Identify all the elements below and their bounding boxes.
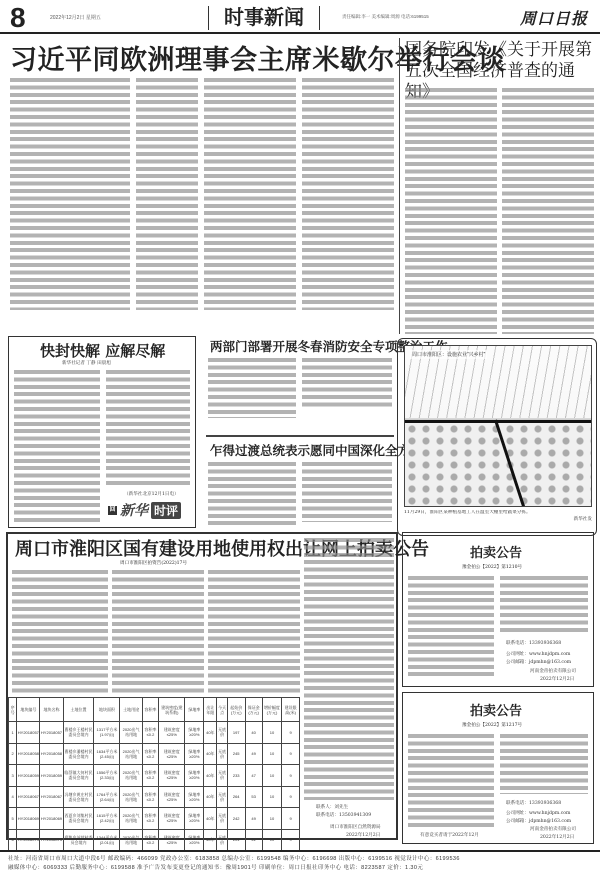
table-cell: HY2018057: [17, 722, 40, 744]
table-cell: 容积率≤0.2: [142, 765, 159, 787]
issue-date: 2022年12月2日 星期五: [50, 14, 101, 21]
land-auction-notice-no: 周口市淮阳区拍资告(2022)17号: [120, 560, 187, 566]
table-cell: 1: [9, 722, 17, 744]
lead-body-col2: [136, 78, 198, 310]
auction-ad-2-body-col2: [500, 734, 588, 794]
table-cell: HY2018069: [17, 808, 40, 830]
table-cell: 4: [9, 786, 17, 808]
commentary-signoff: （新华社北京12月1日电）: [124, 491, 179, 497]
table-cell: 9: [282, 808, 300, 830]
table-cell: HY2018057: [40, 722, 63, 744]
table-cell: 3: [9, 765, 17, 787]
table-cell: 容积率≤0.2: [142, 829, 159, 851]
table-cell: 2020出气站用地: [120, 808, 142, 830]
xinhua-logo-icon: 回: [108, 506, 117, 515]
lead-body-col3: [204, 78, 296, 310]
auction-ad-2-company: 河南金帝拍卖有限公司: [530, 826, 576, 832]
table-cell: 曹楼乡潘楼村民委员会境内: [63, 743, 94, 765]
photo-caption: 11月29日，淮阳区某种植基地工人在温室大棚里给蔬菜分拣。 新华社发: [404, 510, 592, 534]
footer-contact-line: 融媒体中心：6069333 后勤服务中心：6199588 准予广告发布变更登记的…: [8, 864, 592, 873]
land-auction-body-col4: [304, 538, 394, 800]
table-cell: 2020出气站用地: [120, 829, 142, 851]
table-cell: 绿地率≥20%: [185, 786, 204, 808]
auction-ad-2-notice-no: 豫金拍公【2022】第1217号: [462, 722, 522, 728]
table-cell: 40年: [204, 808, 217, 830]
fire-safety-body-col1: [208, 358, 296, 418]
table-cell: 40年: [204, 829, 217, 851]
table-cell: 1556平方米(2.33亩): [94, 765, 120, 787]
lead-body-col1: 12月1日上午，国家主席习近平在人民大会堂同欧洲理事会主席米歇尔举行会谈。: [10, 78, 130, 310]
newspaper-logo: 周口日报: [520, 6, 588, 29]
auction-date: 2022年12月2日: [346, 832, 380, 838]
table-cell: 40: [245, 722, 262, 744]
land-auction-body-col1: [12, 570, 108, 696]
table-cell: 197: [227, 722, 245, 744]
table-cell: 无底价: [217, 722, 228, 744]
page-number: 8: [10, 2, 26, 34]
auction-ad-2-headline[interactable]: 拍卖公告: [470, 700, 522, 719]
table-cell: 无底价: [217, 786, 228, 808]
commentary-byline: 新华社记者 丁静 田晨旭: [62, 360, 111, 366]
table-cell: 10: [262, 765, 281, 787]
table-cell: 6: [9, 829, 17, 851]
census-body-col1: 国务院日前印发《关于开展第五次全国经济普查的通知》（以下简称《通知》），根据《全…: [405, 88, 497, 334]
table-row: 3HY2018059HY2018059临蔡镇大何村民委员会境内1556平方米(2…: [9, 765, 300, 787]
table-cell: 49: [245, 808, 262, 830]
table-cell: 绿地率≥20%: [185, 829, 204, 851]
land-auction-body-col2: [112, 570, 204, 696]
auction-ad-2-phone: 联系电话：13393936368: [506, 800, 561, 806]
auction-ad-1-headline[interactable]: 拍卖公告: [470, 542, 522, 561]
table-cell: 1764平方米(2.64亩): [94, 786, 120, 808]
table-cell: 233: [227, 765, 245, 787]
table-cell: 2020出气站用地: [120, 722, 142, 744]
table-row: 5HY2018069HY2018069西夏乡刘集村民委员会境内1615平方米(2…: [9, 808, 300, 830]
table-cell: 10: [262, 829, 281, 851]
table-row: 1HY2018057HY2018057曹楼乡王楼村民委员会境内1317平方米(1…: [9, 722, 300, 744]
table-cell: HY2018059: [40, 765, 63, 787]
auction-ad-1-date: 2022年12月2日: [540, 676, 574, 682]
table-cell: 10: [262, 743, 281, 765]
table-cell: 建筑密度≤25%: [159, 786, 185, 808]
masthead: 8 2022年12月2日 星期五 时事新闻 责任编辑:李一 美术编辑:周源 电话…: [0, 0, 600, 34]
table-cell: 2020出气站用地: [120, 743, 142, 765]
commentary-body-col1: [14, 370, 100, 522]
editor-credits: 责任编辑:李一 美术编辑:周源 电话:6199515: [342, 14, 429, 20]
table-cell: 西夏乡刘集村民委员会境内: [63, 808, 94, 830]
table-header-row: 序号 地块编号 地块名称 土地位置 地块面积 土地用途 容积率 建筑密度(建筑系…: [9, 698, 300, 722]
table-cell: HY2018073: [40, 829, 63, 851]
table-cell: 40年: [204, 765, 217, 787]
xinhua-commentary-badge: 回 新华 时评: [108, 500, 181, 520]
table-cell: 9: [282, 786, 300, 808]
table-cell: 5: [9, 808, 17, 830]
table-row: 4HY2018067HY2018067冯塘乡黄庄村民委员会境内1764平方米(2…: [9, 786, 300, 808]
land-parcel-table: 序号 地块编号 地块名称 土地位置 地块面积 土地用途 容积率 建筑密度(建筑系…: [8, 697, 300, 851]
table-cell: 建筑密度≤25%: [159, 829, 185, 851]
table-cell: 建筑密度≤25%: [159, 765, 185, 787]
table-cell: 郑集乡苏营村委员会境内: [63, 829, 94, 851]
table-cell: 建筑密度≤25%: [159, 808, 185, 830]
table-cell: 49: [245, 743, 262, 765]
table-cell: 245: [227, 743, 245, 765]
auction-issuer: 周口市淮阳区自然资源局: [330, 824, 381, 830]
table-cell: 10: [262, 722, 281, 744]
table-cell: 201: [227, 829, 245, 851]
section-title: 时事新闻: [208, 6, 320, 30]
table-cell: HY2018067: [40, 786, 63, 808]
table-cell: 41: [245, 829, 262, 851]
footer-address-line: 社址：河南省周口市周口大道中段6号 邮政编码：466099 党政办公室：6183…: [8, 855, 592, 864]
auction-ad-1-body-col2: [500, 576, 588, 632]
table-cell: 容积率≤0.2: [142, 808, 159, 830]
table-cell: 1615平方米(2.42亩): [94, 808, 120, 830]
auction-ad-1-website[interactable]: 公司网址：www.hnjdpm.com: [506, 651, 570, 657]
table-cell: 容积率≤0.2: [142, 786, 159, 808]
table-cell: HY2018058: [40, 743, 63, 765]
table-cell: 40年: [204, 786, 217, 808]
table-cell: 建筑密度≤25%: [159, 722, 185, 744]
table-cell: 容积率≤0.2: [142, 722, 159, 744]
table-cell: 绿地率≥20%: [185, 808, 204, 830]
land-auction-body-col3: [208, 570, 300, 696]
table-cell: 无底价: [217, 765, 228, 787]
table-row: 6HY2018073HY2018073郑集乡苏营村委员会境内1344平方米(2.…: [9, 829, 300, 851]
auction-ad-2-body-col1: [408, 734, 494, 830]
table-cell: 9: [282, 743, 300, 765]
table-cell: 2020出气站用地: [120, 765, 142, 787]
auction-contact: 联系人：刘先生: [316, 804, 348, 810]
table-cell: 无底价: [217, 829, 228, 851]
census-body-col2: [502, 88, 594, 334]
table-cell: 容积率≤0.2: [142, 743, 159, 765]
table-cell: HY2018067: [17, 786, 40, 808]
table-cell: 264: [227, 786, 245, 808]
fire-safety-body-col2: [302, 358, 392, 410]
auction-ad-1-body-col1: [408, 576, 494, 676]
table-cell: 40年: [204, 743, 217, 765]
table-cell: 242: [227, 808, 245, 830]
column-divider: [399, 38, 400, 334]
table-cell: 绿地率≥20%: [185, 765, 204, 787]
table-cell: 无底价: [217, 808, 228, 830]
table-cell: 冯塘乡黄庄村民委员会境内: [63, 786, 94, 808]
auction-ad-1-notice-no: 豫金拍公【2022】第1210号: [462, 564, 522, 570]
table-cell: 9: [282, 722, 300, 744]
table-cell: 曹楼乡王楼村民委员会境内: [63, 722, 94, 744]
table-cell: 10: [262, 808, 281, 830]
table-cell: HY2018059: [17, 765, 40, 787]
table-cell: 47: [245, 765, 262, 787]
table-row: 2HY2018058HY2018058曹楼乡潘楼村民委员会境内1634平方米(2…: [9, 743, 300, 765]
auction-phone: 联系电话：13503941309: [316, 812, 371, 818]
table-cell: 40年: [204, 722, 217, 744]
table-cell: 9: [282, 829, 300, 851]
page-footer: 社址：河南省周口市周口大道中段6号 邮政编码：466099 党政办公室：6183…: [0, 850, 600, 883]
chad-body-col2: [302, 462, 392, 522]
table-cell: 53: [245, 786, 262, 808]
auction-ad-1-phone: 联系电话：13393936368: [506, 640, 561, 646]
commentary-body-col2: [106, 370, 190, 488]
table-cell: HY2018058: [17, 743, 40, 765]
greenhouse-photo[interactable]: [404, 345, 592, 507]
chad-body-col1: [208, 462, 296, 526]
table-cell: 10: [262, 786, 281, 808]
table-cell: 绿地率≥20%: [185, 743, 204, 765]
lead-body-col4: [302, 78, 394, 310]
auction-ad-2-email[interactable]: 公司邮箱：jdpmhn@163.com: [506, 818, 571, 824]
table-cell: HY2018069: [40, 808, 63, 830]
table-cell: 无底价: [217, 743, 228, 765]
section-divider: [206, 435, 394, 437]
photo-label: 周口市淮阳区：设施农业“兴乡村”: [410, 350, 487, 359]
auction-ad-2-website[interactable]: 公司网址：www.hnjdpm.com: [506, 810, 570, 816]
table-cell: 临蔡镇大何村民委员会境内: [63, 765, 94, 787]
auction-ad-1-email[interactable]: 公司邮箱：jdpmhn@163.com: [506, 659, 571, 665]
table-cell: 绿地率≥20%: [185, 722, 204, 744]
table-cell: 2020出气站用地: [120, 786, 142, 808]
table-cell: 2: [9, 743, 17, 765]
table-cell: 1317平方米(1.97亩): [94, 722, 120, 744]
table-cell: 1344平方米(2.01亩): [94, 829, 120, 851]
auction-ad-2-note: 有意竞买者请于2022年12月: [420, 832, 479, 838]
table-cell: 建筑密度≤25%: [159, 743, 185, 765]
table-cell: HY2018073: [17, 829, 40, 851]
auction-ad-1-company: 河南金帝拍卖有限公司: [530, 668, 576, 674]
table-cell: 9: [282, 765, 300, 787]
auction-ad-2-date: 2022年12月2日: [540, 834, 574, 840]
table-cell: 1634平方米(2.45亩): [94, 743, 120, 765]
commentary-headline[interactable]: 快封快解 应解尽解: [40, 340, 165, 361]
